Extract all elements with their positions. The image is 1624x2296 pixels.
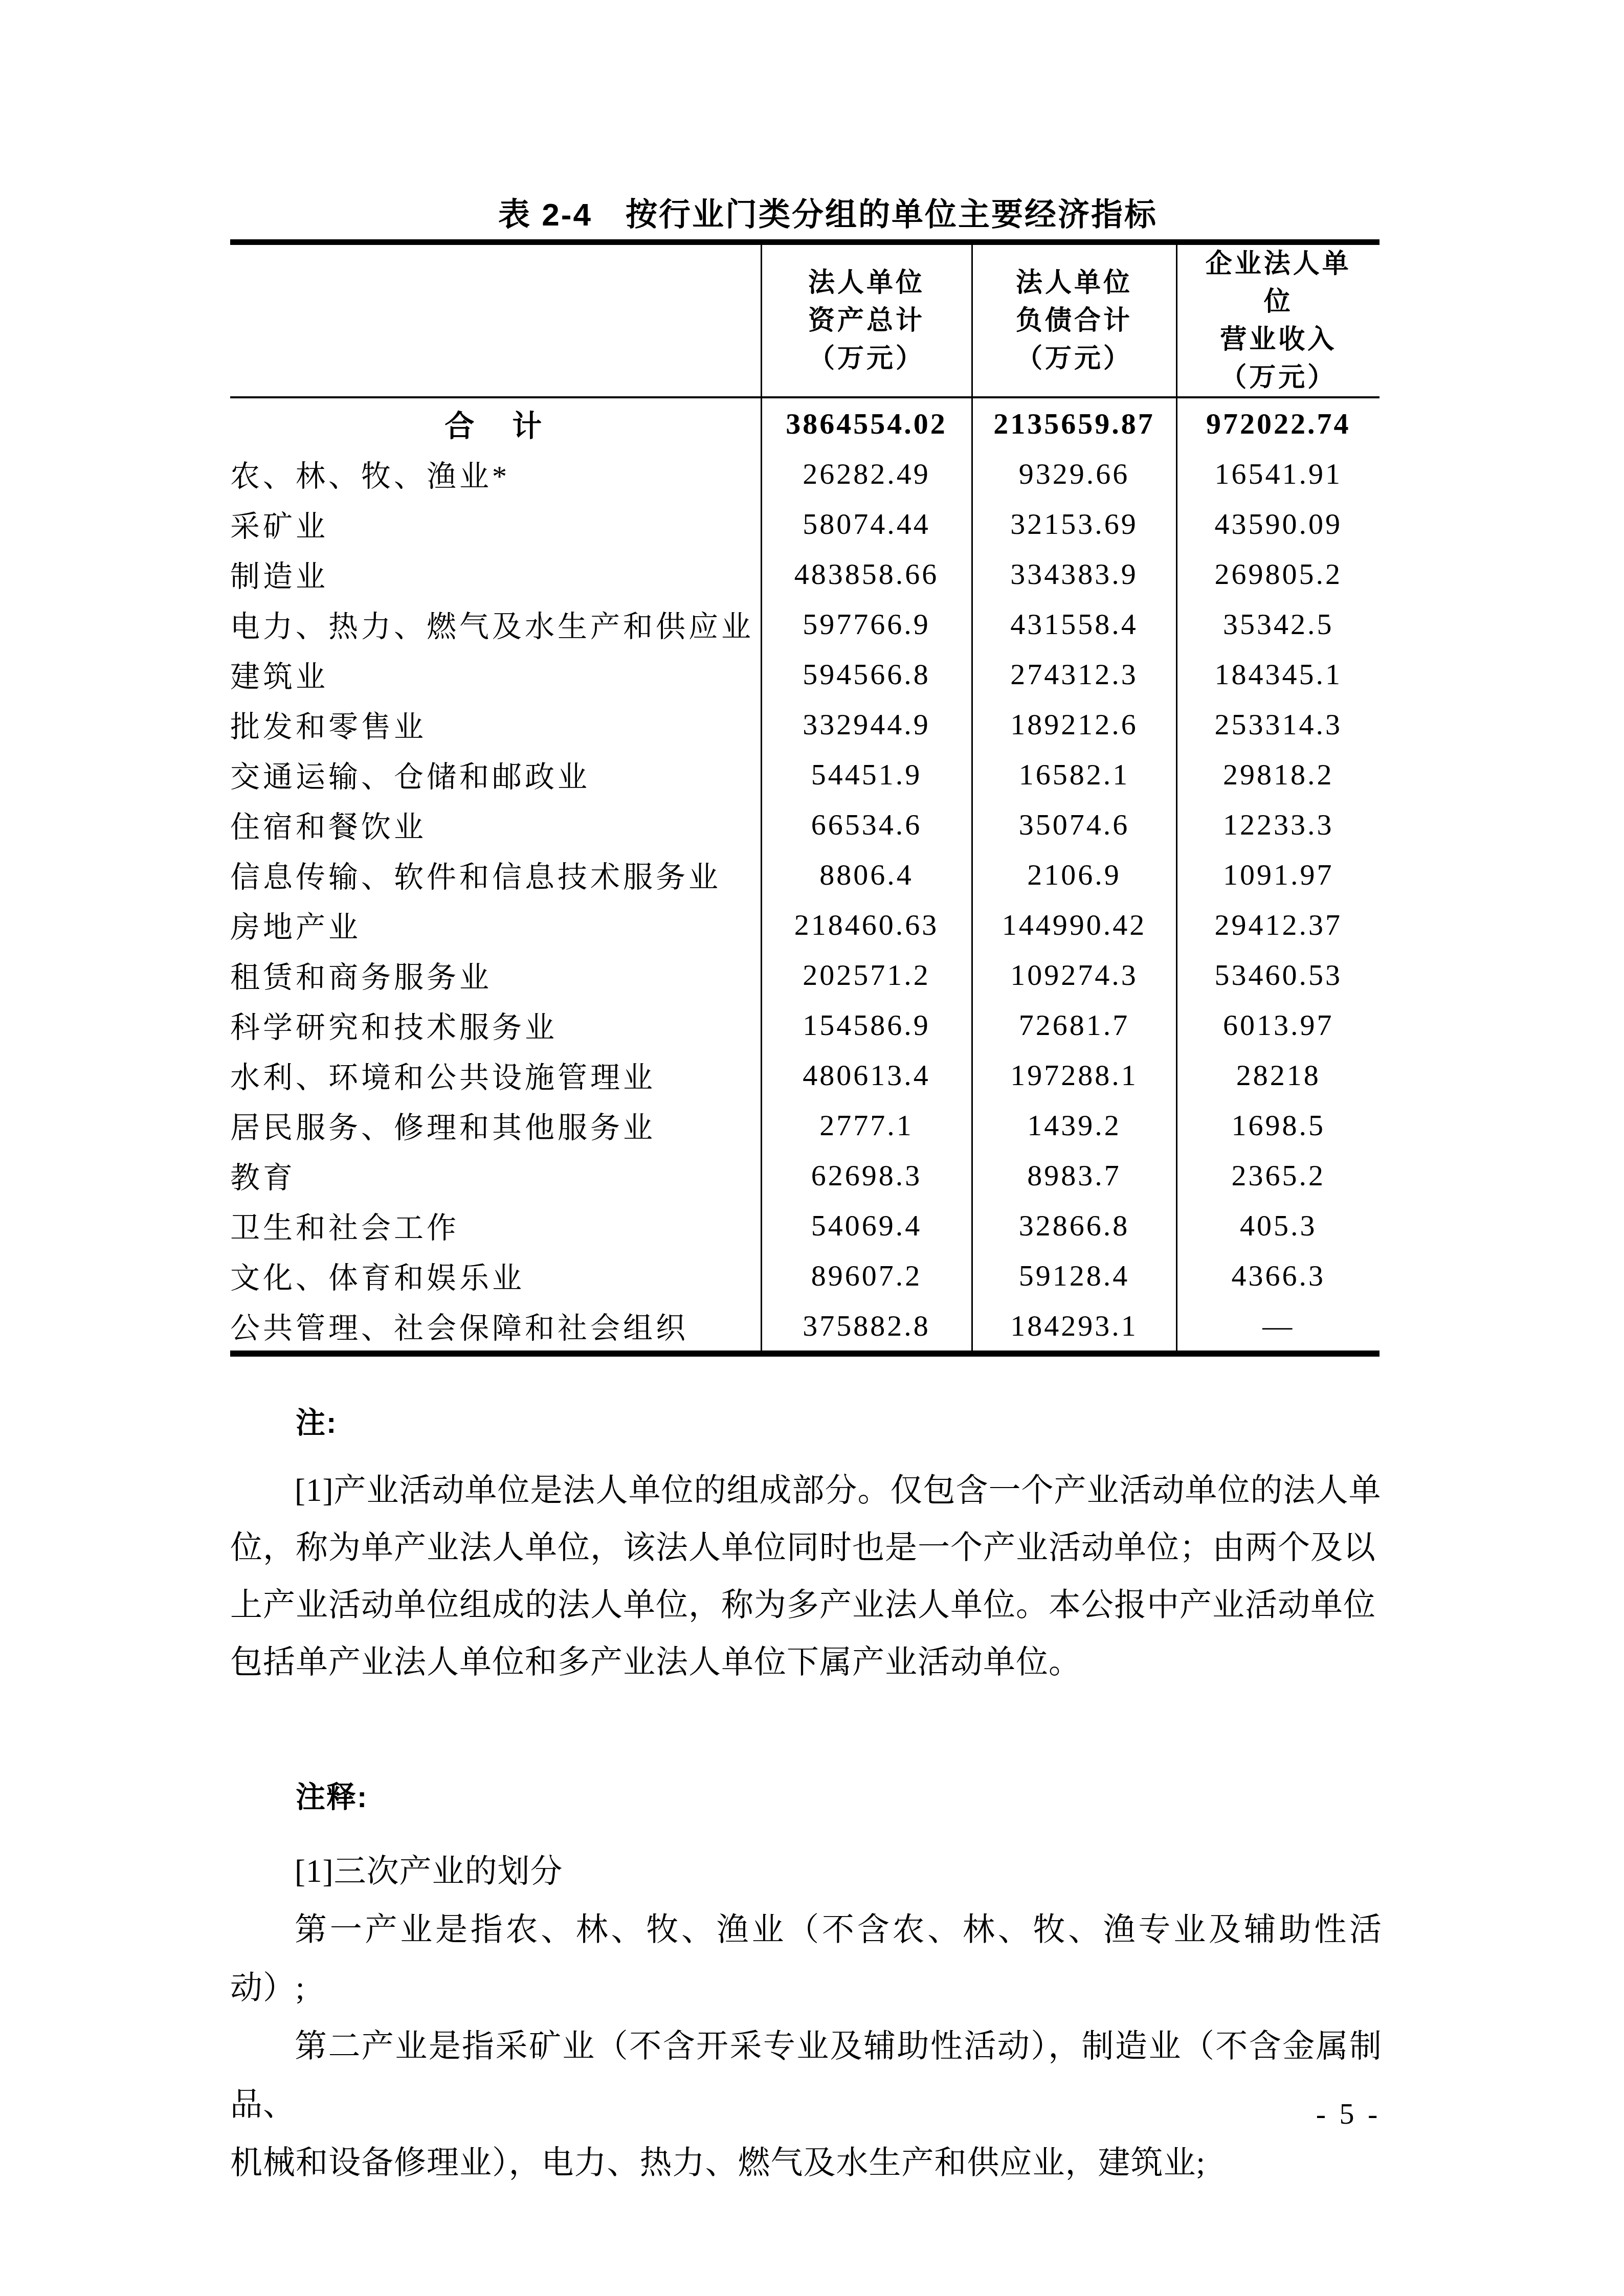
cell-assets: 62698.3 [761, 1150, 972, 1200]
cell-revenue: 43590.09 [1176, 499, 1380, 549]
economic-indicators-table: 法人单位 资产总计 （万元） 法人单位 负债合计 （万元） 企业法人单 位 营业… [230, 239, 1380, 1357]
row-label: 制造业 [230, 549, 761, 599]
cell-assets: 54069.4 [761, 1200, 972, 1250]
cell-assets: 202571.2 [761, 950, 972, 1000]
cell-liabilities: 144990.42 [972, 899, 1176, 950]
header-assets: 法人单位 资产总计 （万元） [761, 242, 972, 398]
row-label: 公共管理、社会保障和社会组织 [230, 1300, 761, 1354]
cell-revenue: 29412.37 [1176, 899, 1380, 950]
cell-revenue: 972022.74 [1176, 397, 1380, 448]
table-row: 批发和零售业 332944.9 189212.6 253314.3 [230, 699, 1380, 749]
cell-revenue: 29818.2 [1176, 749, 1380, 799]
cell-revenue: 1698.5 [1176, 1100, 1380, 1150]
table-row: 农、林、牧、渔业* 26282.49 9329.66 16541.91 [230, 448, 1380, 499]
cell-liabilities: 2135659.87 [972, 397, 1176, 448]
cell-liabilities: 8983.7 [972, 1150, 1176, 1200]
table-row: 制造业 483858.66 334383.9 269805.2 [230, 549, 1380, 599]
row-label: 采矿业 [230, 499, 761, 549]
header-industry [230, 242, 761, 398]
cell-liabilities: 184293.1 [972, 1300, 1176, 1354]
cell-revenue: 2365.2 [1176, 1150, 1380, 1200]
header-liabilities: 法人单位 负债合计 （万元） [972, 242, 1176, 398]
row-label: 房地产业 [230, 899, 761, 950]
table-row: 公共管理、社会保障和社会组织 375882.8 184293.1 — [230, 1300, 1380, 1354]
row-label: 交通运输、仓储和邮政业 [230, 749, 761, 799]
cell-liabilities: 109274.3 [972, 950, 1176, 1000]
annotation-item: 第一产业是指农、林、牧、渔业（不含农、林、牧、渔专业及辅助性活动）; [230, 1900, 1382, 2017]
row-label: 信息传输、软件和信息技术服务业 [230, 849, 761, 899]
cell-assets: 594566.8 [761, 649, 972, 699]
cell-revenue: 53460.53 [1176, 950, 1380, 1000]
cell-assets: 89607.2 [761, 1250, 972, 1300]
cell-revenue: 269805.2 [1176, 549, 1380, 599]
cell-revenue: 4366.3 [1176, 1250, 1380, 1300]
cell-liabilities: 189212.6 [972, 699, 1176, 749]
table-row-total: 合 计 3864554.02 2135659.87 972022.74 [230, 397, 1380, 448]
cell-revenue: 35342.5 [1176, 599, 1380, 649]
note-paragraph: [1]产业活动单位是法人单位的组成部分。仅包含一个产业活动单位的法人单 位，称为… [230, 1461, 1382, 1691]
annotation-item: [1]三次产业的划分 [230, 1842, 1382, 1900]
row-label: 水利、环境和公共设施管理业 [230, 1050, 761, 1100]
cell-assets: 483858.66 [761, 549, 972, 599]
cell-revenue: 12233.3 [1176, 799, 1380, 849]
cell-revenue: 253314.3 [1176, 699, 1380, 749]
cell-liabilities: 32866.8 [972, 1200, 1176, 1250]
cell-assets: 597766.9 [761, 599, 972, 649]
table-row: 住宿和餐饮业 66534.6 35074.6 12233.3 [230, 799, 1380, 849]
table-row: 科学研究和技术服务业 154586.9 72681.7 6013.97 [230, 1000, 1380, 1050]
cell-liabilities: 16582.1 [972, 749, 1176, 799]
row-label: 住宿和餐饮业 [230, 799, 761, 849]
note-heading: 注: [296, 1406, 337, 1440]
cell-assets: 54451.9 [761, 749, 972, 799]
cell-liabilities: 431558.4 [972, 599, 1176, 649]
row-label: 批发和零售业 [230, 699, 761, 749]
annotation-heading: 注释: [296, 1781, 368, 1815]
cell-revenue: 16541.91 [1176, 448, 1380, 499]
cell-liabilities: 197288.1 [972, 1050, 1176, 1100]
row-label: 合 计 [230, 397, 761, 448]
row-label: 建筑业 [230, 649, 761, 699]
cell-assets: 218460.63 [761, 899, 972, 950]
table-header-row: 法人单位 资产总计 （万元） 法人单位 负债合计 （万元） 企业法人单 位 营业… [230, 242, 1380, 398]
table-row: 文化、体育和娱乐业 89607.2 59128.4 4366.3 [230, 1250, 1380, 1300]
page-number: - 5 - [1253, 2097, 1443, 2131]
cell-assets: 26282.49 [761, 448, 972, 499]
table-row: 房地产业 218460.63 144990.42 29412.37 [230, 899, 1380, 950]
row-label: 文化、体育和娱乐业 [230, 1250, 761, 1300]
cell-revenue: 6013.97 [1176, 1000, 1380, 1050]
cell-liabilities: 59128.4 [972, 1250, 1176, 1300]
row-label: 居民服务、修理和其他服务业 [230, 1100, 761, 1150]
row-label: 租赁和商务服务业 [230, 950, 761, 1000]
cell-assets: 375882.8 [761, 1300, 972, 1354]
cell-revenue: 28218 [1176, 1050, 1380, 1100]
row-label: 科学研究和技术服务业 [230, 1000, 761, 1050]
cell-liabilities: 35074.6 [972, 799, 1176, 849]
cell-revenue: 184345.1 [1176, 649, 1380, 699]
header-revenue: 企业法人单 位 营业收入 （万元） [1176, 242, 1380, 398]
table-row: 水利、环境和公共设施管理业 480613.4 197288.1 28218 [230, 1050, 1380, 1100]
cell-liabilities: 32153.69 [972, 499, 1176, 549]
annotation-list: [1]三次产业的划分 第一产业是指农、林、牧、渔业（不含农、林、牧、渔专业及辅助… [230, 1842, 1382, 2192]
document-page: 表 2-4 按行业门类分组的单位主要经济指标 法人单位 资产总计 （万元） 法人… [0, 0, 1624, 2296]
cell-assets: 154586.9 [761, 1000, 972, 1050]
cell-liabilities: 1439.2 [972, 1100, 1176, 1150]
table-row: 卫生和社会工作 54069.4 32866.8 405.3 [230, 1200, 1380, 1250]
row-label: 农、林、牧、渔业* [230, 448, 761, 499]
cell-assets: 2777.1 [761, 1100, 972, 1150]
page-title: 表 2-4 按行业门类分组的单位主要经济指标 [253, 196, 1403, 235]
table-row: 教育 62698.3 8983.7 2365.2 [230, 1150, 1380, 1200]
cell-liabilities: 334383.9 [972, 549, 1176, 599]
cell-assets: 8806.4 [761, 849, 972, 899]
annotation-item: 第二产业是指采矿业（不含开采专业及辅助性活动），制造业（不含金属制品、 机械和设… [230, 2017, 1382, 2192]
cell-assets: 332944.9 [761, 699, 972, 749]
table-row: 信息传输、软件和信息技术服务业 8806.4 2106.9 1091.97 [230, 849, 1380, 899]
row-label: 卫生和社会工作 [230, 1200, 761, 1250]
cell-assets: 480613.4 [761, 1050, 972, 1100]
table-row: 居民服务、修理和其他服务业 2777.1 1439.2 1698.5 [230, 1100, 1380, 1150]
cell-liabilities: 72681.7 [972, 1000, 1176, 1050]
table-row: 电力、热力、燃气及水生产和供应业 597766.9 431558.4 35342… [230, 599, 1380, 649]
cell-revenue: 1091.97 [1176, 849, 1380, 899]
cell-assets: 3864554.02 [761, 397, 972, 448]
cell-liabilities: 274312.3 [972, 649, 1176, 699]
cell-liabilities: 9329.66 [972, 448, 1176, 499]
table-row: 采矿业 58074.44 32153.69 43590.09 [230, 499, 1380, 549]
cell-assets: 58074.44 [761, 499, 972, 549]
row-label: 电力、热力、燃气及水生产和供应业 [230, 599, 761, 649]
table-row: 交通运输、仓储和邮政业 54451.9 16582.1 29818.2 [230, 749, 1380, 799]
cell-revenue: 405.3 [1176, 1200, 1380, 1250]
cell-revenue: — [1176, 1300, 1380, 1354]
table-row: 租赁和商务服务业 202571.2 109274.3 53460.53 [230, 950, 1380, 1000]
cell-assets: 66534.6 [761, 799, 972, 849]
row-label: 教育 [230, 1150, 761, 1200]
cell-liabilities: 2106.9 [972, 849, 1176, 899]
table-row: 建筑业 594566.8 274312.3 184345.1 [230, 649, 1380, 699]
